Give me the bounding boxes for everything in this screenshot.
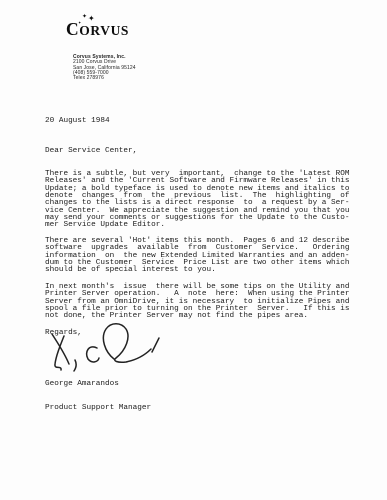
logo-star-icon: ✦ (78, 21, 81, 25)
signer-name: George Amarandos (45, 380, 151, 388)
letter-paragraph: In next month's issue there will be some… (45, 284, 349, 321)
letter-paragraph: There are several 'Hot' items this month… (45, 238, 349, 275)
logo-star-icon: ✦ (82, 14, 87, 20)
logo-text-rest: ORVUS (79, 23, 129, 38)
corvus-logo: CORVUS (66, 22, 129, 38)
letter-date: 20 August 1984 (45, 118, 110, 125)
company-address-lines: 2100 Corvus Drive San Jose, California 9… (73, 60, 136, 81)
logo-star-icon: ✦ (88, 15, 95, 23)
signature-block: George Amarandos Product Support Manager (45, 364, 151, 428)
letter-salutation: Dear Service Center, (45, 148, 137, 155)
letter-paragraph: There is a subtle, but very important, c… (45, 171, 349, 230)
company-address-block: Corvus Systems, Inc. 2100 Corvus Drive S… (73, 55, 136, 81)
scanned-letter-page: CORVUS ✦ ✦ ✦ Corvus Systems, Inc. 2100 C… (0, 0, 387, 500)
signer-title: Product Support Manager (45, 404, 151, 412)
